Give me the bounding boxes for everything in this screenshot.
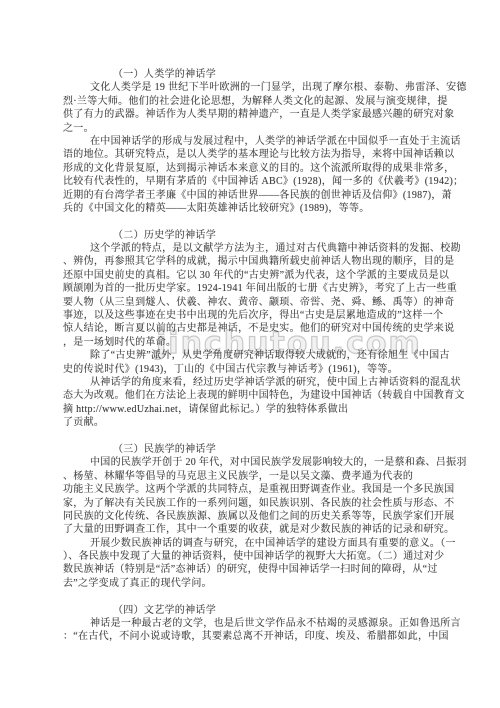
text-line: 还原中国史前史的真相。它以 30 年代的“古史辨”派为代表，这个学派的主要成员是… [63,269,445,282]
text-line: 中国的民族学开创于 20 年代，对中国民族学发展影响较大的，一是蔡和森、吕振羽 [63,456,445,469]
text-line: 从神话学的角度来看，经过历史学神话学派的研究，使中国上古神话资料的混乱状 [63,376,445,389]
text-line: ，是一场划时代的革命。 [63,336,445,349]
text-line: 烈·兰等大师。他们的社会进化论思想，为解释人类文化的起源、发展与演变规律，提 [63,95,445,108]
text-line: 家，为了解决有关民族工作的一系列问题，如民族识别、各民族的社会性质与形态、不 [63,497,445,510]
text-line: 去”之学变成了真正的现代学问。 [63,577,445,590]
text-line: 这个学派的特点，是以文献学方法为主，通过对古代典籍中神话资料的发掘、校勘 [63,242,445,255]
text-line: ：“在古代，不问小说或诗歌，其要素总离不开神话，印度、埃及、希腊都如此，中国 [63,630,445,643]
document-page: （一）人类学的神话学 文化人类学是 19 世纪下半叶欧洲的一门显学，出现了摩尔根… [63,68,445,644]
text-line: 、杨堃、林耀华等倡导的马克思主义民族学，一是以吴文藻、费孝通为代表的 [63,470,445,483]
text-line: 之一。 [63,122,445,135]
section-gap [63,430,445,443]
text-line: 摘 http://www.edUzhai.net，请保留此标记。）学的独特体系做… [63,403,445,416]
text-line: 顾颉刚为首的一批历史学家。1924-1941 年间出版的七册《古史辨》，考究了上… [63,282,445,295]
section-gap [63,215,445,228]
text-line: 事迹，以及这些事迹在史书中出现的先后次序，得出“古史是层累地造成的”这样一个 [63,309,445,322]
text-line: 了大量的田野调查工作，其中一个重要的收获，就是对少数民族的神话的记录和研究。 [63,523,445,536]
text-line: 神话是一种最古老的文学，也是后世文学作品永不枯竭的灵感源泉。正如鲁迅所言 [63,617,445,630]
text-line: 数民族神话（特别是“活”态神话）的研究，使得中国神话学一扫时间的障碍，从“过 [63,563,445,576]
text-line: 了贡献。 [63,416,445,429]
text-line: 史的传说时代》(1943)，丁山的《中国古代宗教与神话考》(1961)，等等。 [63,363,445,376]
text-line: 惊人结论，断言夏以前的古史都是神话，不是史实。他们的研究对中国传统的史学来说 [63,322,445,335]
text-line: ）、各民族中发现了大量的神话资料，使中国神话学的视野大大拓宽。（二）通过对少 [63,550,445,563]
text-line: 形成的文化背景复原，达到揭示神话本来意义的目的。这个流派所取得的成果非常多， [63,162,445,175]
section-heading: （一）人类学的神话学 [63,68,445,81]
section-heading: （二）历史学的神话学 [63,229,445,242]
text-line: 态大为改观。他们在方法论上表现的鲜明中国特色，为建设中国神话（转载自中国教育文 [63,389,445,402]
text-line: 要人物（从三皇到燧人、伏羲、神农、黄帝、颛顼、帝喾、尧、舜、鲧、禹等）的神奇 [63,296,445,309]
section-heading: （四）文艺学的神话学 [63,604,445,617]
text-line: 比较有代表性的，早期有茅盾的《中国神话 ABC》(1928)，闻一多的《伏羲考》… [63,175,445,188]
text-line: 兵的《中国文化的精英——太阳英雄神话比较研究》(1989)，等等。 [63,202,445,215]
section-heading: （三）民族学的神话学 [63,443,445,456]
text-line: 语的地位。其研究特点，是以人类学的基本理论与比较方法为指导，来将中国神话赖以 [63,148,445,161]
text-line: 功能主义民族学。这两个学派的共同特点，是重视田野调查作业。我国是一个多民族国 [63,483,445,496]
text-line: 在中国神话学的形成与发展过程中，人类学的神话学派在中国似乎一直处于主流话 [63,135,445,148]
section-gap [63,590,445,603]
text-line: 文化人类学是 19 世纪下半叶欧洲的一门显学，出现了摩尔根、泰勒、弗雷泽、安德 [63,81,445,94]
text-line: 供了有力的武器。神话作为人类早期的精神遗产，一直是人类学家最感兴趣的研究对象 [63,108,445,121]
text-line: 除了“古史辨”派外，从史学角度研究神话取得较大成就的，还有徐旭生《中国古 [63,349,445,362]
text-line: 开展少数民族神话的调查与研究，在中国神话学的建设方面具有重要的意义。（一 [63,537,445,550]
text-line: 、辨伪，再参照其它学科的成就，揭示中国典籍所载史前神话人物出现的顺序，目的是 [63,255,445,268]
text-line: 近期的有台湾学者王孝廉《中国的神话世界——各民族的创世神话及信仰》(1987)，… [63,189,445,202]
text-line: 同民族的文化传统、各民族族源、族属以及他们之间的历史关系等等，民族学家们开展 [63,510,445,523]
